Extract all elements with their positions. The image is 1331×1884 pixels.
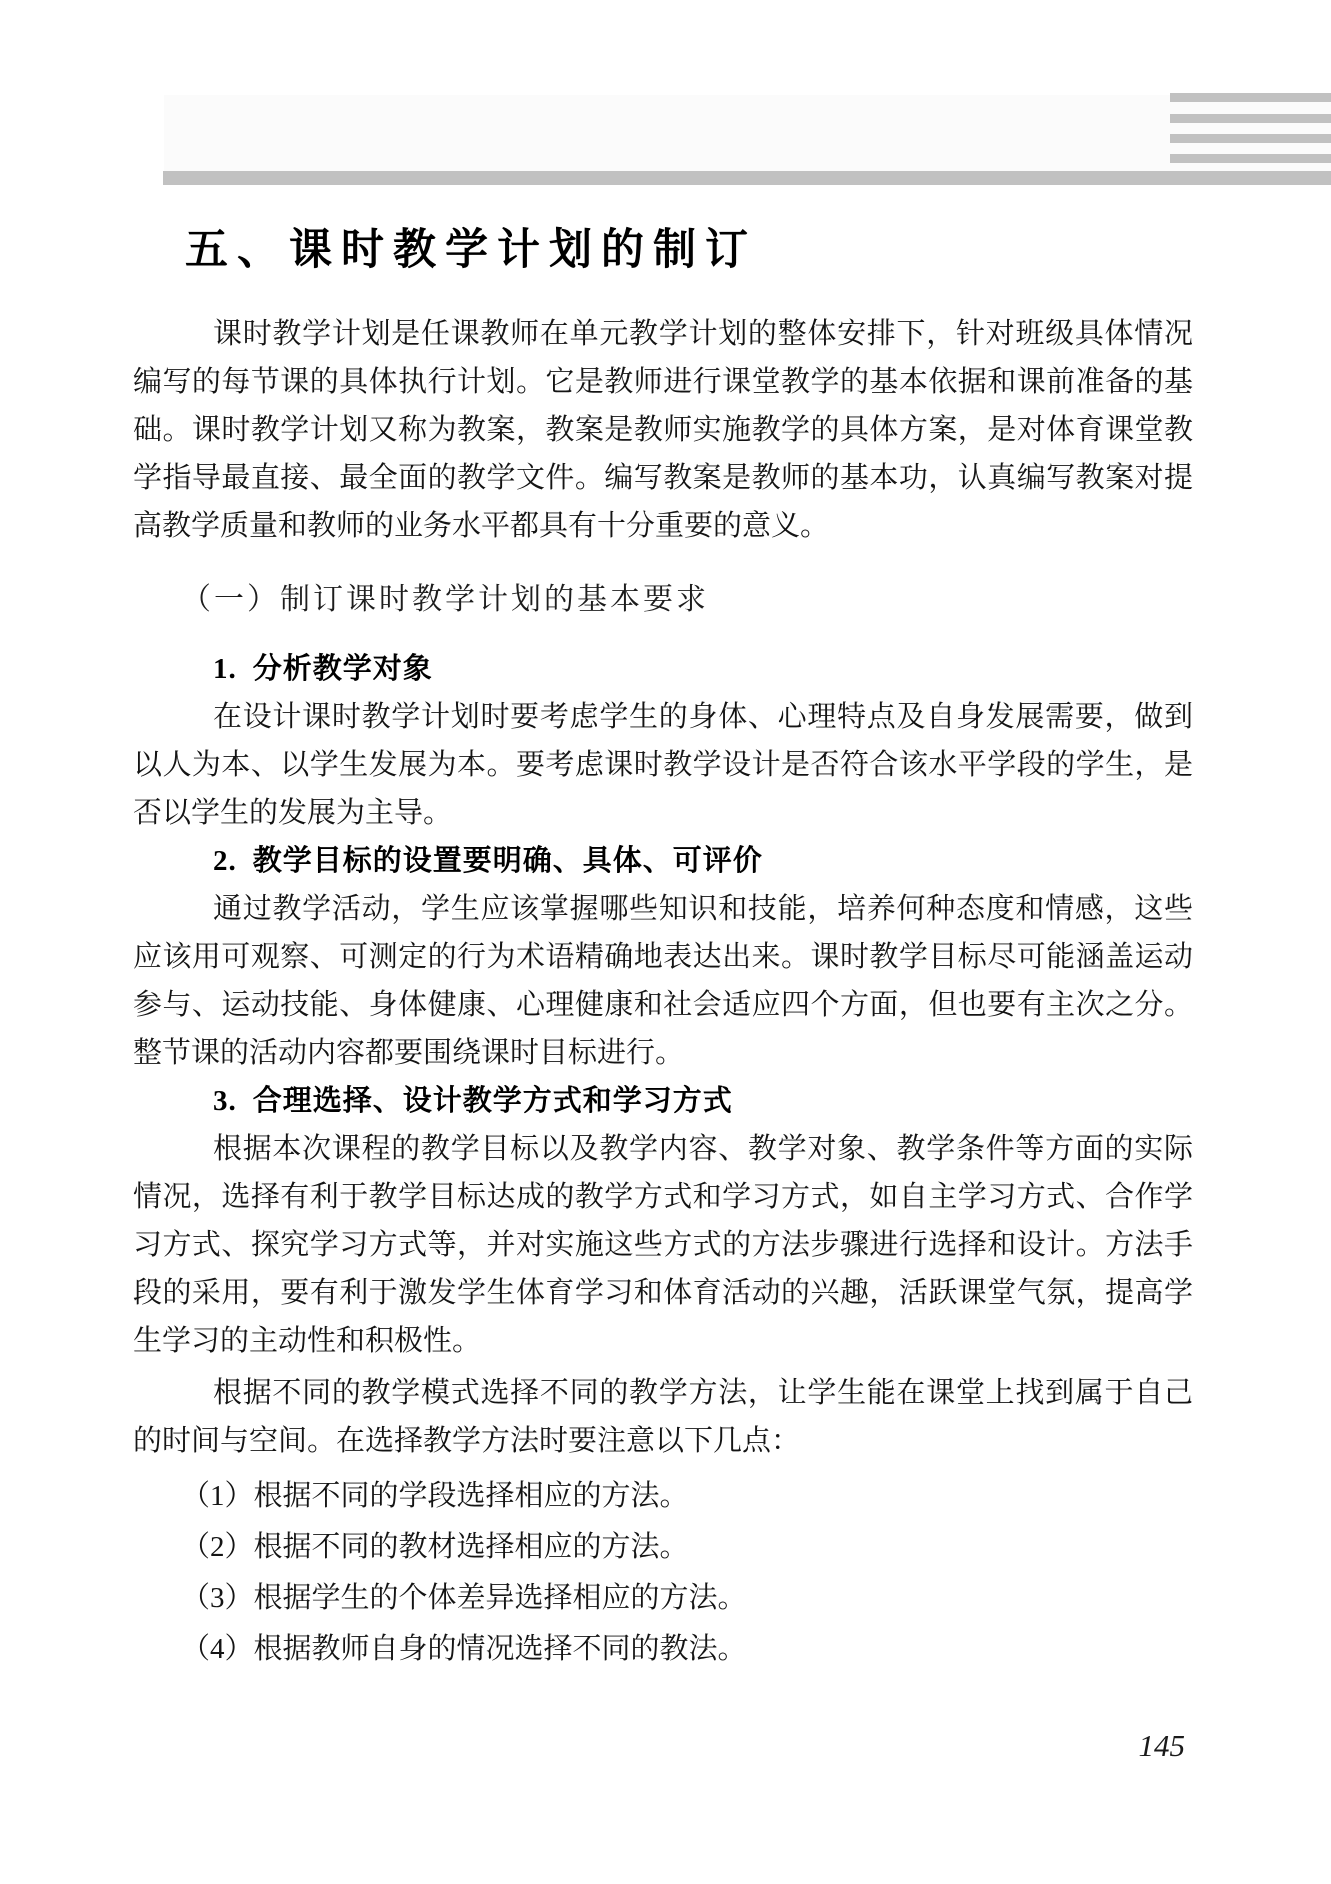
subsection-2-paragraph: 通过教学活动，学生应该掌握哪些知识和技能，培养何种态度和情感，这些应该用可观察、… (133, 885, 1193, 1077)
subheading-2-number: 2. (213, 845, 237, 877)
subheading-3-number: 3. (213, 1085, 237, 1117)
subheading-2-label: 教学目标的设置要明确、具体、可评价 (253, 845, 763, 877)
header-stripe (1170, 134, 1331, 143)
page-content: 五、课时教学计划的制订 课时教学计划是任课教师在单元教学计划的整体安排下，针对班… (133, 222, 1193, 1675)
header-stripe (1170, 93, 1331, 102)
list-item: （2）根据不同的教材选择相应的方法。 (133, 1522, 1193, 1573)
intro-paragraph: 课时教学计划是任课教师在单元教学计划的整体安排下，针对班级具体情况编写的每节课的… (133, 310, 1193, 550)
subheading-3-label: 合理选择、设计教学方式和学习方式 (253, 1085, 733, 1117)
subsection-3-paragraph-2: 根据不同的教学模式选择不同的教学方法，让学生能在课堂上找到属于自己的时间与空间。… (133, 1369, 1193, 1465)
list-item: （4）根据教师自身的情况选择不同的教法。 (133, 1624, 1193, 1675)
subsection-3-paragraph: 根据本次课程的教学目标以及教学内容、教学对象、教学条件等方面的实际情况，选择有利… (133, 1125, 1193, 1365)
method-point-list: （1）根据不同的学段选择相应的方法。 （2）根据不同的教材选择相应的方法。 （3… (133, 1471, 1193, 1675)
header-panel (164, 95, 1331, 171)
subsection-1-paragraph: 在设计课时教学计划时要考虑学生的身体、心理特点及自身发展需要，做到以人为本、以学… (133, 693, 1193, 837)
book-page: 五、课时教学计划的制订 课时教学计划是任课教师在单元教学计划的整体安排下，针对班… (0, 0, 1331, 1884)
section-heading: （一）制订课时教学计划的基本要求 (133, 576, 1193, 624)
chapter-title: 五、课时教学计划的制订 (133, 222, 1193, 280)
header-stripe (1170, 154, 1331, 163)
subheading-1-number: 1. (213, 653, 237, 685)
header-band (163, 171, 1331, 185)
subheading-2: 2.教学目标的设置要明确、具体、可评价 (133, 837, 1193, 885)
subheading-3: 3.合理选择、设计教学方式和学习方式 (133, 1077, 1193, 1125)
list-item: （1）根据不同的学段选择相应的方法。 (133, 1471, 1193, 1522)
header-stripe (1170, 114, 1331, 123)
page-number: 145 (1139, 1728, 1186, 1764)
subheading-1: 1.分析教学对象 (133, 645, 1193, 693)
subheading-1-label: 分析教学对象 (253, 653, 433, 685)
list-item: （3）根据学生的个体差异选择相应的方法。 (133, 1573, 1193, 1624)
